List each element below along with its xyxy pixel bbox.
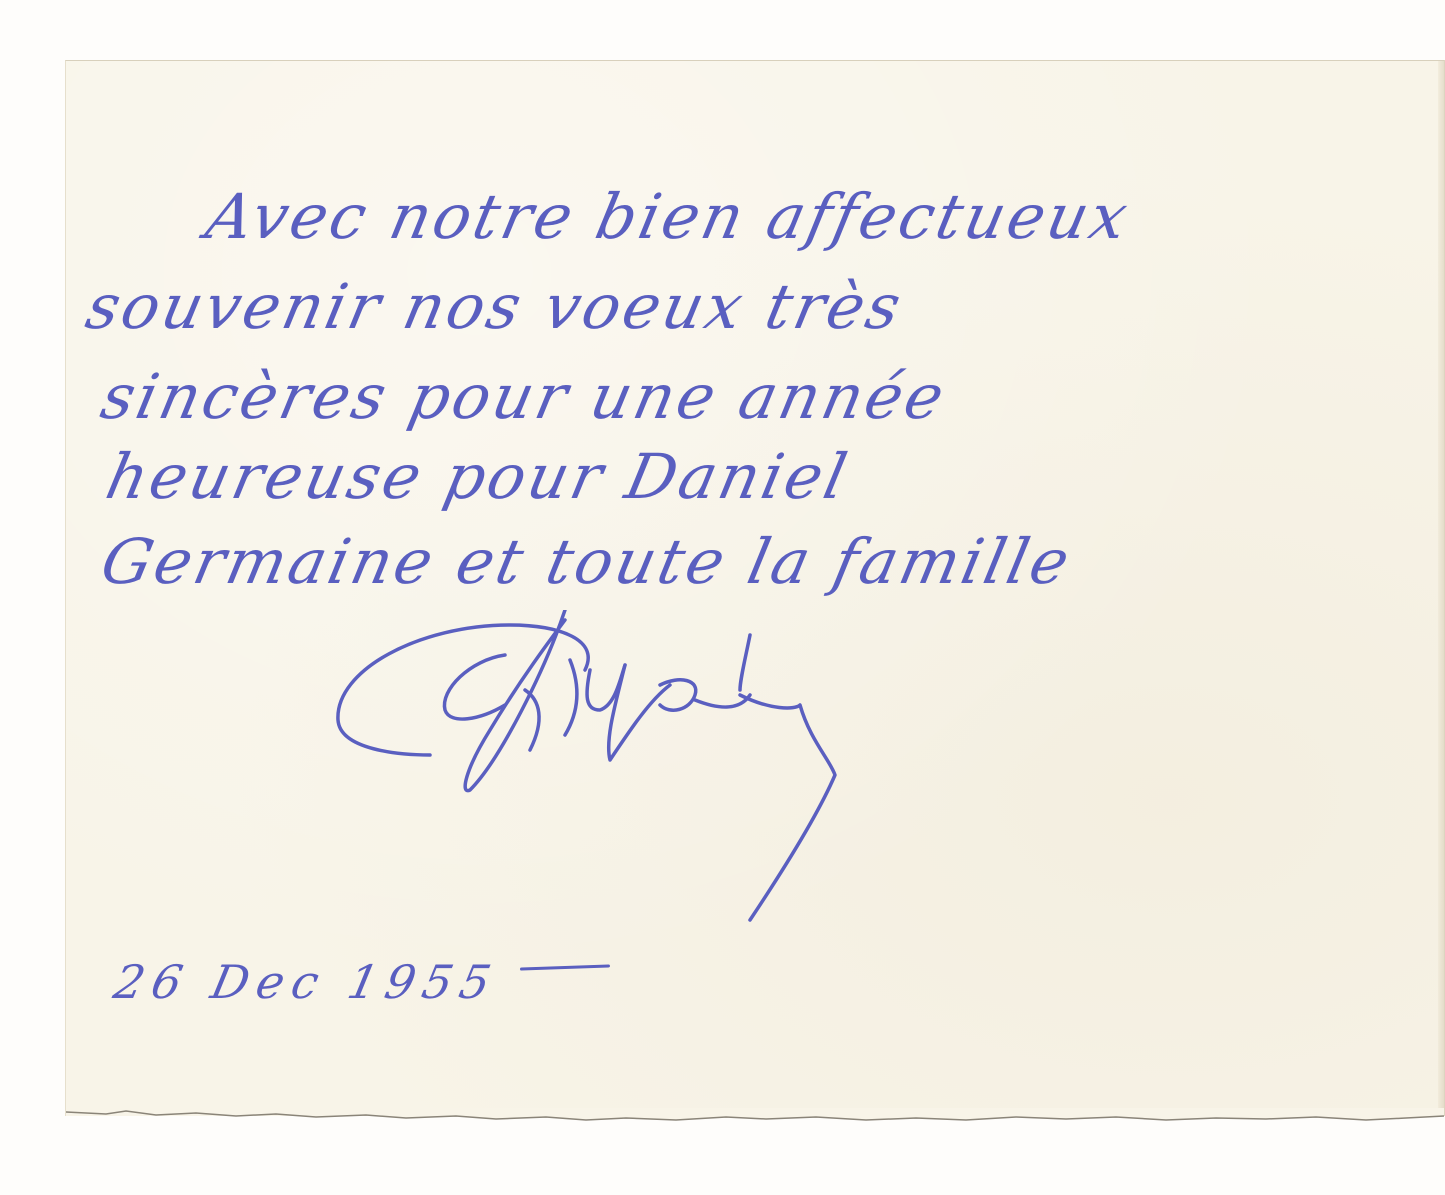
note-line-5: Germaine et toute la famille xyxy=(95,525,1078,598)
deckled-bottom-edge xyxy=(66,1108,1444,1122)
note-line-4: heureuse pour Daniel xyxy=(100,440,856,513)
note-date: 26 Dec 1955 xyxy=(109,955,503,1009)
scanned-note: Avec notre bien affectueux souvenir nos … xyxy=(0,0,1445,1195)
paper-right-edge xyxy=(1438,61,1444,1116)
note-line-3: sincères pour une année xyxy=(95,360,953,433)
note-line-1: Avec notre bien affectueux xyxy=(200,180,1137,253)
signature xyxy=(330,610,1330,940)
note-line-2: souvenir nos voeux très xyxy=(80,270,910,343)
